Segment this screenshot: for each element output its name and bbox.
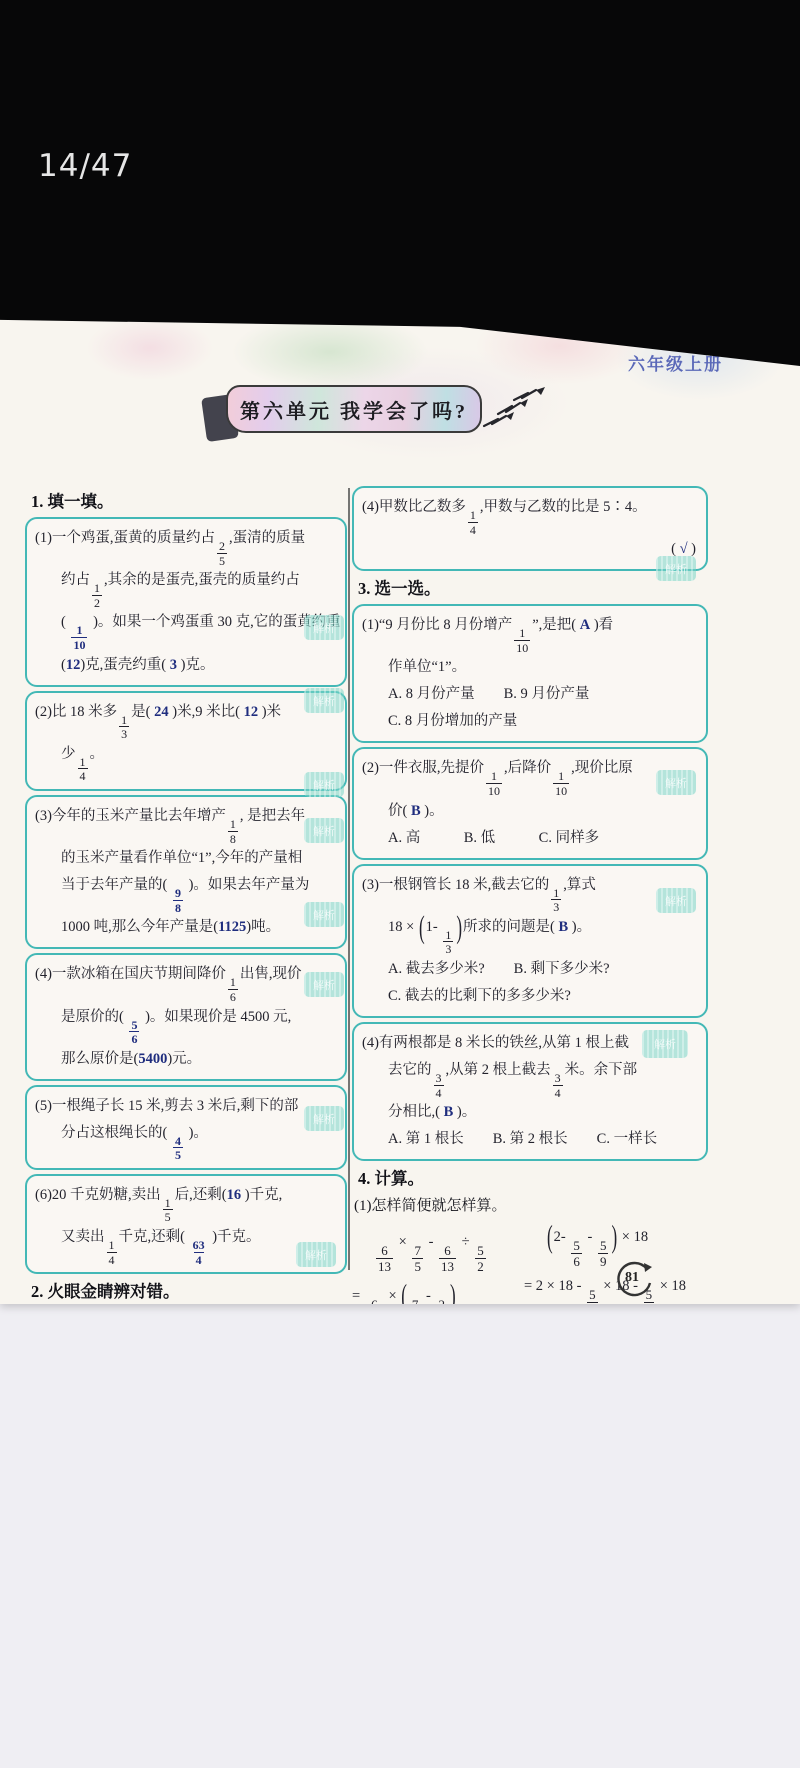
unit-title-banner: 第六单元 我学会了吗? [226, 385, 482, 433]
calc-subheading: (1)怎样简便就怎样算。 [354, 1194, 708, 1215]
section2-heading: 2. 火眼金睛辨对错。 [31, 1278, 347, 1302]
fill-in-box-1: (1)一个鸡蛋,蛋黄的质量约占25,蛋清的质量约占12,其余的是蛋壳,蛋壳的质量… [25, 517, 347, 687]
jiexi-stamp-label: 解析 [313, 977, 335, 993]
choice-box-2: (2)一件衣服,先提价110,后降价110,现价比原价( B )。A. 高 B.… [352, 747, 708, 859]
jiexi-stamp-label: 解析 [313, 1111, 335, 1127]
jiexi-stamp-label: 解析 [313, 693, 335, 709]
jiexi-stamp[interactable]: 解析 [296, 1242, 336, 1267]
section3-heading: 3. 选一选。 [358, 575, 708, 599]
jiexi-stamp-label: 解析 [305, 1247, 327, 1263]
jiexi-stamp-label: 解析 [313, 620, 335, 636]
unit-title: 第六单元 我学会了吗? [240, 395, 468, 424]
jiexi-stamp[interactable]: 解析 [642, 1030, 688, 1058]
page-number-text: 81 [610, 1256, 654, 1300]
page-number-mark: 81 [610, 1256, 656, 1302]
jiexi-stamp[interactable]: 解析 [656, 770, 696, 795]
jiexi-stamp-label: 解析 [665, 893, 687, 909]
calc-work-left: 613 × 75 - 613 ÷ 52= 613 × (75 - 25)= 61… [352, 1219, 512, 1304]
section4-heading: 4. 计算。 [358, 1165, 708, 1189]
jiexi-stamp-label: 解析 [313, 907, 335, 923]
jiexi-stamp[interactable]: 解析 [656, 888, 696, 913]
viewer-header: 14/47 [0, 0, 800, 366]
column-divider [348, 488, 350, 1270]
jiexi-stamp-label: 解析 [313, 823, 335, 839]
true-false-box-4: (4)甲数比乙数多14,甲数与乙数的比是 5∶4。( √ ) [352, 486, 708, 571]
jiexi-stamp-label: 解析 [313, 777, 335, 793]
fill-in-box-5: (5)一根绳子长 15 米,剪去 3 米后,剩下的部分占这根绳长的( 45 )。 [25, 1085, 347, 1170]
page-indicator: 14/47 [38, 148, 132, 184]
lightning-arrows-icon [480, 386, 550, 432]
fill-in-box-4: (4)一款冰箱在国庆节期间降价16出售,现价是原价的( 56 )。如果现价是 4… [25, 953, 347, 1080]
app-screen: 六年级上册 第六单元 我学会了吗? 1. 填一填。 (1)一个鸡蛋,蛋黄的质量约… [0, 0, 800, 1768]
textbook-page: 六年级上册 第六单元 我学会了吗? 1. 填一填。 (1)一个鸡蛋,蛋黄的质量约… [0, 318, 800, 1304]
jiexi-stamp[interactable]: 解析 [304, 615, 344, 640]
left-column: 1. 填一填。 (1)一个鸡蛋,蛋黄的质量约占25,蛋清的质量约占12,其余的是… [25, 486, 347, 1304]
jiexi-stamp-label: 解析 [665, 775, 687, 791]
choice-box-3: (3)一根钢管长 18 米,截去它的13,算式18 × (1- 13)所求的问题… [352, 864, 708, 1018]
jiexi-stamp-label: 解析 [665, 561, 687, 577]
jiexi-stamp[interactable]: 解析 [304, 818, 344, 843]
section1-heading: 1. 填一填。 [31, 488, 347, 512]
jiexi-stamp[interactable]: 解析 [304, 1106, 344, 1131]
jiexi-stamp-label: 解析 [654, 1036, 676, 1052]
jiexi-stamp[interactable]: 解析 [656, 556, 696, 581]
jiexi-stamp[interactable]: 解析 [304, 772, 344, 797]
fill-in-box-2: (2)比 18 米多13是( 24 )米,9 米比( 12 )米少14。 [25, 691, 347, 791]
jiexi-stamp[interactable]: 解析 [304, 688, 344, 713]
jiexi-stamp[interactable]: 解析 [304, 972, 344, 997]
jiexi-stamp[interactable]: 解析 [304, 902, 344, 927]
choice-box-1: (1)“9 月份比 8 月份增产110”,是把( A )看作单位“1”。A. 8… [352, 604, 708, 743]
fill-in-box-3: (3)今年的玉米产量比去年增产18, 是把去年的玉米产量看作单位“1”,今年的产… [25, 795, 347, 949]
right-column: (4)甲数比乙数多14,甲数与乙数的比是 5∶4。( √ ) 3. 选一选。 (… [352, 486, 708, 1304]
